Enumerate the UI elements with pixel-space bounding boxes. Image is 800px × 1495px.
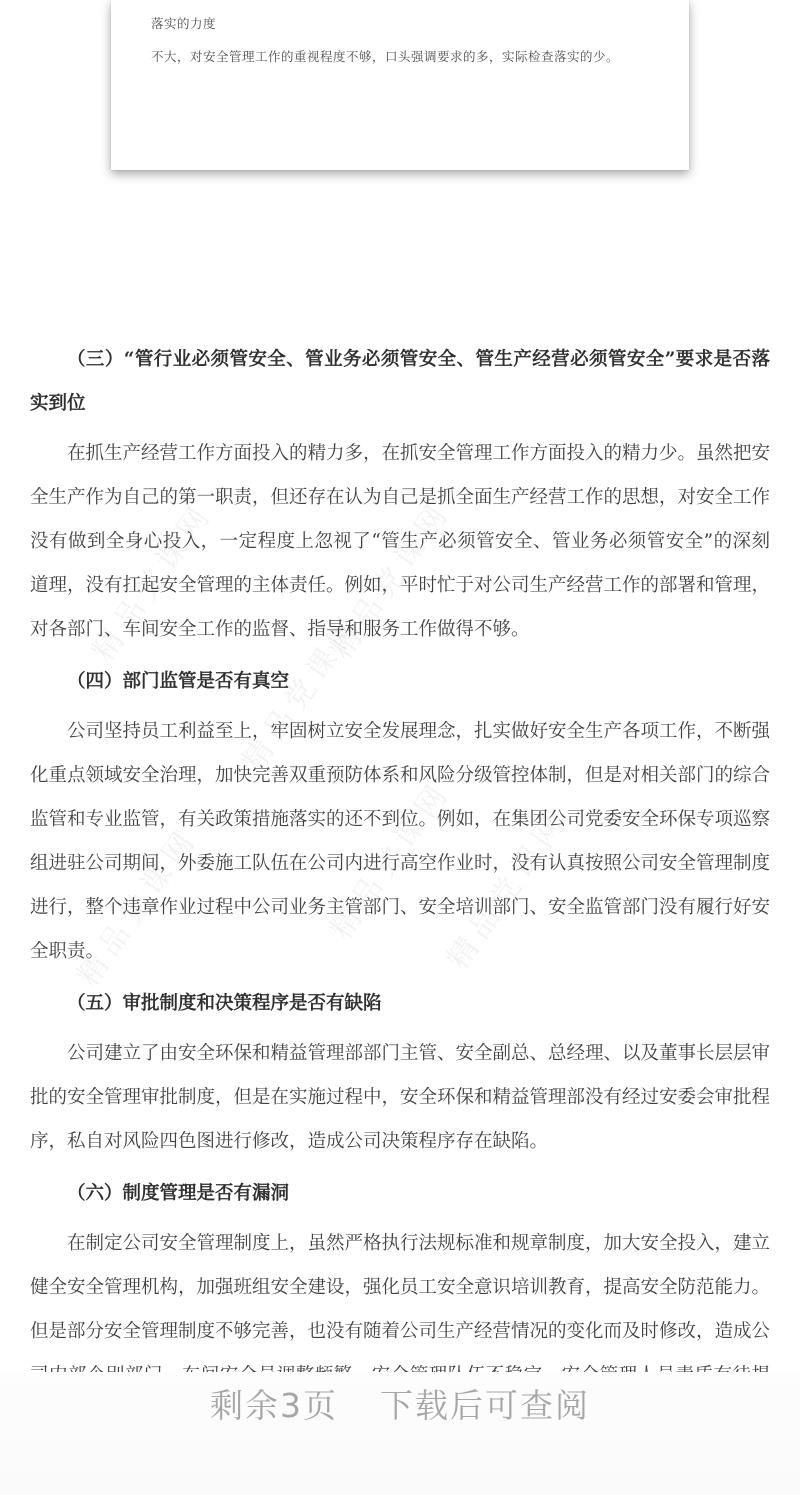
remaining-pages-text: 剩余3页下载后可查阅 <box>210 1380 590 1427</box>
remaining-pages-bar[interactable]: 剩余3页下载后可查阅 <box>0 1372 800 1495</box>
section-heading-6: （六）制度管理是否有漏洞 <box>30 1172 770 1216</box>
section-heading-3: （三）“管行业必须管安全、管业务必须管安全、管生产经营必须管安全”要求是否落实到… <box>30 338 770 426</box>
section-heading-5: （五）审批制度和决策程序是否有缺陷 <box>30 982 770 1026</box>
download-to-view-label[interactable]: 下载后可查阅 <box>380 1386 590 1425</box>
section-body-5: 公司建立了由安全环保和精益管理部部门主管、安全副总、总经理、以及董事长层层审批的… <box>30 1032 770 1164</box>
document-page-2-content: （三）“管行业必须管安全、管业务必须管安全、管生产经营必须管安全”要求是否落实到… <box>0 338 800 1442</box>
page-1-visible-line: 不大，对安全管理工作的重视程度不够，口头强调要求的多，实际检查落实的少。 <box>151 40 651 73</box>
page-1-text: 不够规范，在监督检查排查隐患方面对问题隐患整改落实的速度还不够快，且是抓检查落实… <box>111 0 689 73</box>
remaining-pages-count: 剩余3页 <box>210 1386 338 1425</box>
section-body-4: 公司坚持员工利益至上，牢固树立安全发展理念，扎实做好安全生产各项工作，不断强化重… <box>30 710 770 974</box>
page-1-clipped-line: 不够规范，在监督检查排查隐患方面对问题隐患整改落实的速度还不够快，且是抓检查落实… <box>151 0 651 40</box>
document-page-1-preview: 不够规范，在监督检查排查隐患方面对问题隐患整改落实的速度还不够快，且是抓检查落实… <box>111 0 689 170</box>
section-heading-4: （四）部门监管是否有真空 <box>30 660 770 704</box>
section-body-3: 在抓生产经营工作方面投入的精力多，在抓安全管理工作方面投入的精力少。虽然把安全生… <box>30 432 770 652</box>
